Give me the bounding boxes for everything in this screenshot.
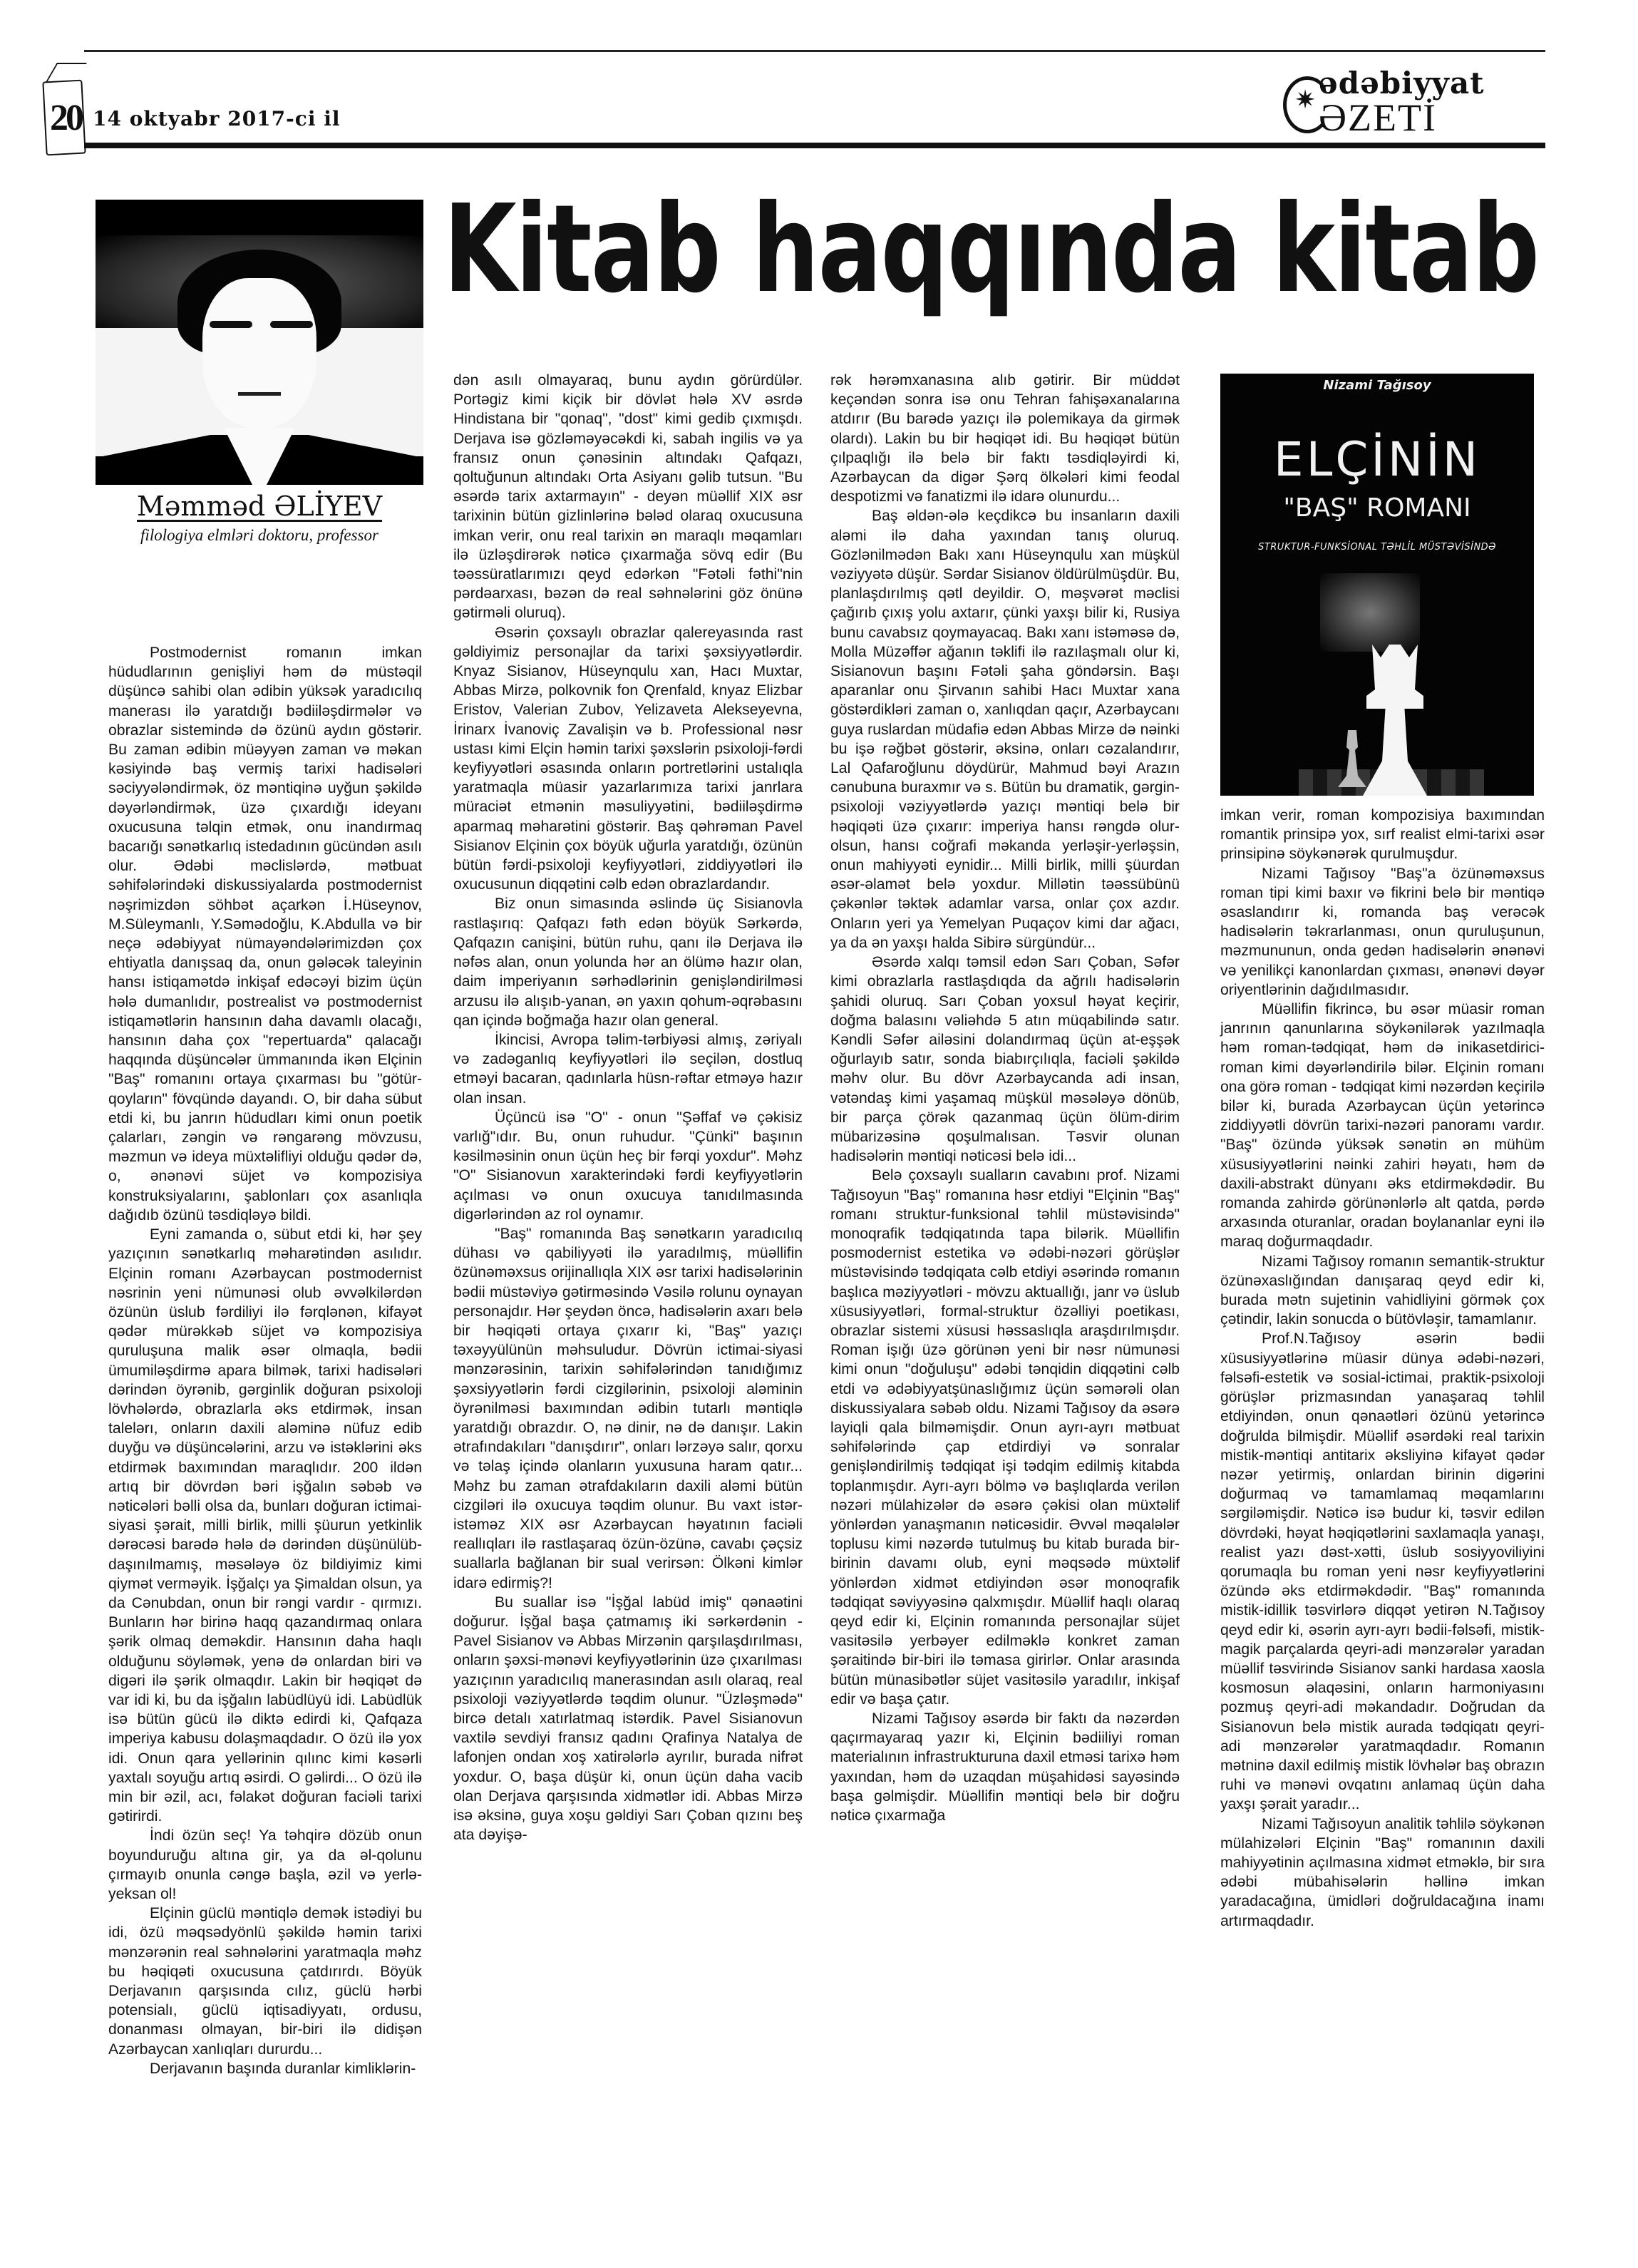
paragraph: İndi özün seç! Ya təhqirə dözüb onun boy… <box>108 1826 422 1904</box>
paragraph: Əsərin çoxsaylı obrazlar qalereyasında r… <box>453 623 803 895</box>
cover-author: Nizami Tağısoy <box>1220 378 1534 393</box>
paragraph: Müəllifin fikrincə, bu əsər müasir roman… <box>1220 1000 1545 1252</box>
paragraph: Postmodernist romanın imkan hüdudlarının… <box>108 643 422 1225</box>
paragraph: Elçinin güclü məntiqlə demək istədiyi bu… <box>108 1904 422 2059</box>
paragraph: Eyni zamanda o, sübut etdi ki, hər şey y… <box>108 1225 422 1826</box>
article-column-1: Postmodernist romanın imkan hüdudlarının… <box>108 643 422 2078</box>
paragraph: Əsərdə xalqı təmsil edən Sarı Çoban, Səf… <box>830 953 1180 1166</box>
paragraph: "Baş" romanında Baş sənətkarın yaradıcıl… <box>453 1224 803 1593</box>
article-headline: Kitab haqqında kitab <box>443 178 1366 321</box>
paragraph: Belə çoxsaylı sualların cavabını prof. N… <box>830 1166 1180 1709</box>
paragraph: İkincisi, Avropa təlim-tərbiyəsi almış, … <box>453 1030 803 1108</box>
article-column-4: imkan verir, roman kompozisiya baxımında… <box>1220 806 1545 1931</box>
paragraph: Derjavanın başında duranlar kimliklərin- <box>108 2059 422 2078</box>
logo-line-2: ƏZETİ <box>1319 96 1437 140</box>
chess-queen-icon <box>1366 645 1423 709</box>
cover-title-line-1: ELÇİNİN <box>1220 432 1534 487</box>
article-column-3: rək hərəmxanasına alıb gətirir. Bir müdd… <box>830 371 1180 1825</box>
author-name: Məmməd ƏLİYEV <box>96 491 423 522</box>
cover-title-line-2: "BAŞ" ROMANI <box>1220 493 1534 523</box>
paragraph: Biz onun simasında əslində üç Sisianovla… <box>453 894 803 1030</box>
paragraph: imkan verir, roman kompozisiya baxımında… <box>1220 806 1545 864</box>
paragraph: Nizami Tağısoy əsərdə bir faktı da nəzər… <box>830 1709 1180 1825</box>
star-emblem-icon: ✷ <box>1294 87 1316 113</box>
author-title: filologiya elmləri doktoru, professor <box>96 526 423 545</box>
book-cover-image: Nizami Tağısoy ELÇİNİN "BAŞ" ROMANI STRU… <box>1220 374 1534 796</box>
header-rule-bottom <box>84 143 1545 148</box>
header-rule-top <box>84 50 1545 52</box>
paragraph: Üçüncü isə "O" - onun "Şəffaf və çəkisiz… <box>453 1108 803 1224</box>
author-photo <box>96 200 423 485</box>
paragraph: rək hərəmxanasına alıb gətirir. Bir müdd… <box>830 371 1180 506</box>
issue-date: 14 oktyabr 2017-ci il <box>93 107 340 130</box>
paragraph: dən asılı olmayaraq, bunu aydın görürdül… <box>453 371 803 623</box>
page-number-badge: 20 <box>44 63 87 155</box>
paragraph: Baş əldən-ələ keçdikcə bu insanların dax… <box>830 506 1180 953</box>
paragraph: Nizami Tağısoyun analitik təhlilə söykən… <box>1220 1815 1545 1931</box>
paragraph: Bu suallar isə "İşğal labüd imiş" qənaət… <box>453 1593 803 1845</box>
newspaper-logo: ✷ ədəbiyyat ƏZETİ <box>1283 66 1426 144</box>
paragraph: Nizami Tağısoy romanın semantik-struktur… <box>1220 1252 1545 1330</box>
paragraph: Nizami Tağısoy "Baş"a özünəməxsus roman … <box>1220 864 1545 1000</box>
paragraph: Prof.N.Tağısoy əsərin bədii xüsusiyyətlə… <box>1220 1329 1545 1814</box>
page-number: 20 <box>50 100 81 137</box>
cover-subtitle: STRUKTUR-FUNKSİONAL TƏHLİL MÜSTƏVİSİNDƏ <box>1220 542 1534 553</box>
article-column-2: dən asılı olmayaraq, bunu aydın görürdül… <box>453 371 803 1844</box>
